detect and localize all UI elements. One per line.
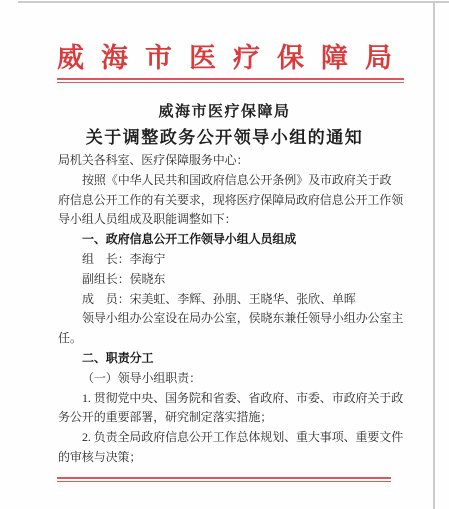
document-line: 务公开的重要部署，研究制定落实措施； (58, 408, 408, 428)
doc-title-line2: 关于调整政务公开领导小组的通知 (0, 123, 449, 148)
doc-title-line1: 威海市医疗保障局 (0, 100, 449, 121)
document-line: 1. 贯彻党中央、国务院和省委、省政府、市委、市政府关于政 (58, 389, 408, 409)
document-line: 成 员：宋美虹、李辉、孙朋、王晓华、张欣、单晖 (58, 290, 408, 310)
document-line: 导小组人员组成及职能调整如下： (58, 210, 408, 230)
scan-top-edge (18, 1, 449, 3)
document-line: 领导小组办公室设在局办公室，侯晓东兼任领导小组办公室主 (58, 309, 408, 329)
document-line: （一）领导小组职责： (58, 369, 408, 389)
scan-right-edge (433, 1, 435, 509)
letterhead-org-name: 威海市医疗保障局 (0, 36, 449, 75)
document-line: 局机关各科室、医疗保障服务中心： (58, 151, 408, 171)
document-line: 任。 (58, 329, 408, 349)
document-line: 一、政府信息公开工作领导小组人员组成 (58, 230, 408, 250)
document-line: 副组长：侯晓东 (58, 270, 408, 290)
document-page: 威海市医疗保障局 威海市医疗保障局 关于调整政务公开领导小组的通知 局机关各科室… (0, 0, 449, 509)
document-line: 二、职责分工 (58, 349, 408, 369)
footer-red-rule (57, 477, 391, 482)
document-line: 2. 负责全局政府信息公开工作总体规划、重大事项、重要文件 (58, 428, 408, 448)
document-line: 的审核与决策； (58, 448, 408, 468)
document-line: 按照《中华人民共和国政府信息公开条例》及市政府关于政 (58, 171, 408, 191)
document-body: 局机关各科室、医疗保障服务中心：按照《中华人民共和国政府信息公开条例》及市政府关… (58, 151, 408, 468)
document-line: 府信息公开工作的有关要求，现将医疗保障局政府信息公开工作领 (58, 191, 408, 211)
letterhead-red-rule (57, 78, 404, 83)
document-line: 组 长：李海宁 (58, 250, 408, 270)
